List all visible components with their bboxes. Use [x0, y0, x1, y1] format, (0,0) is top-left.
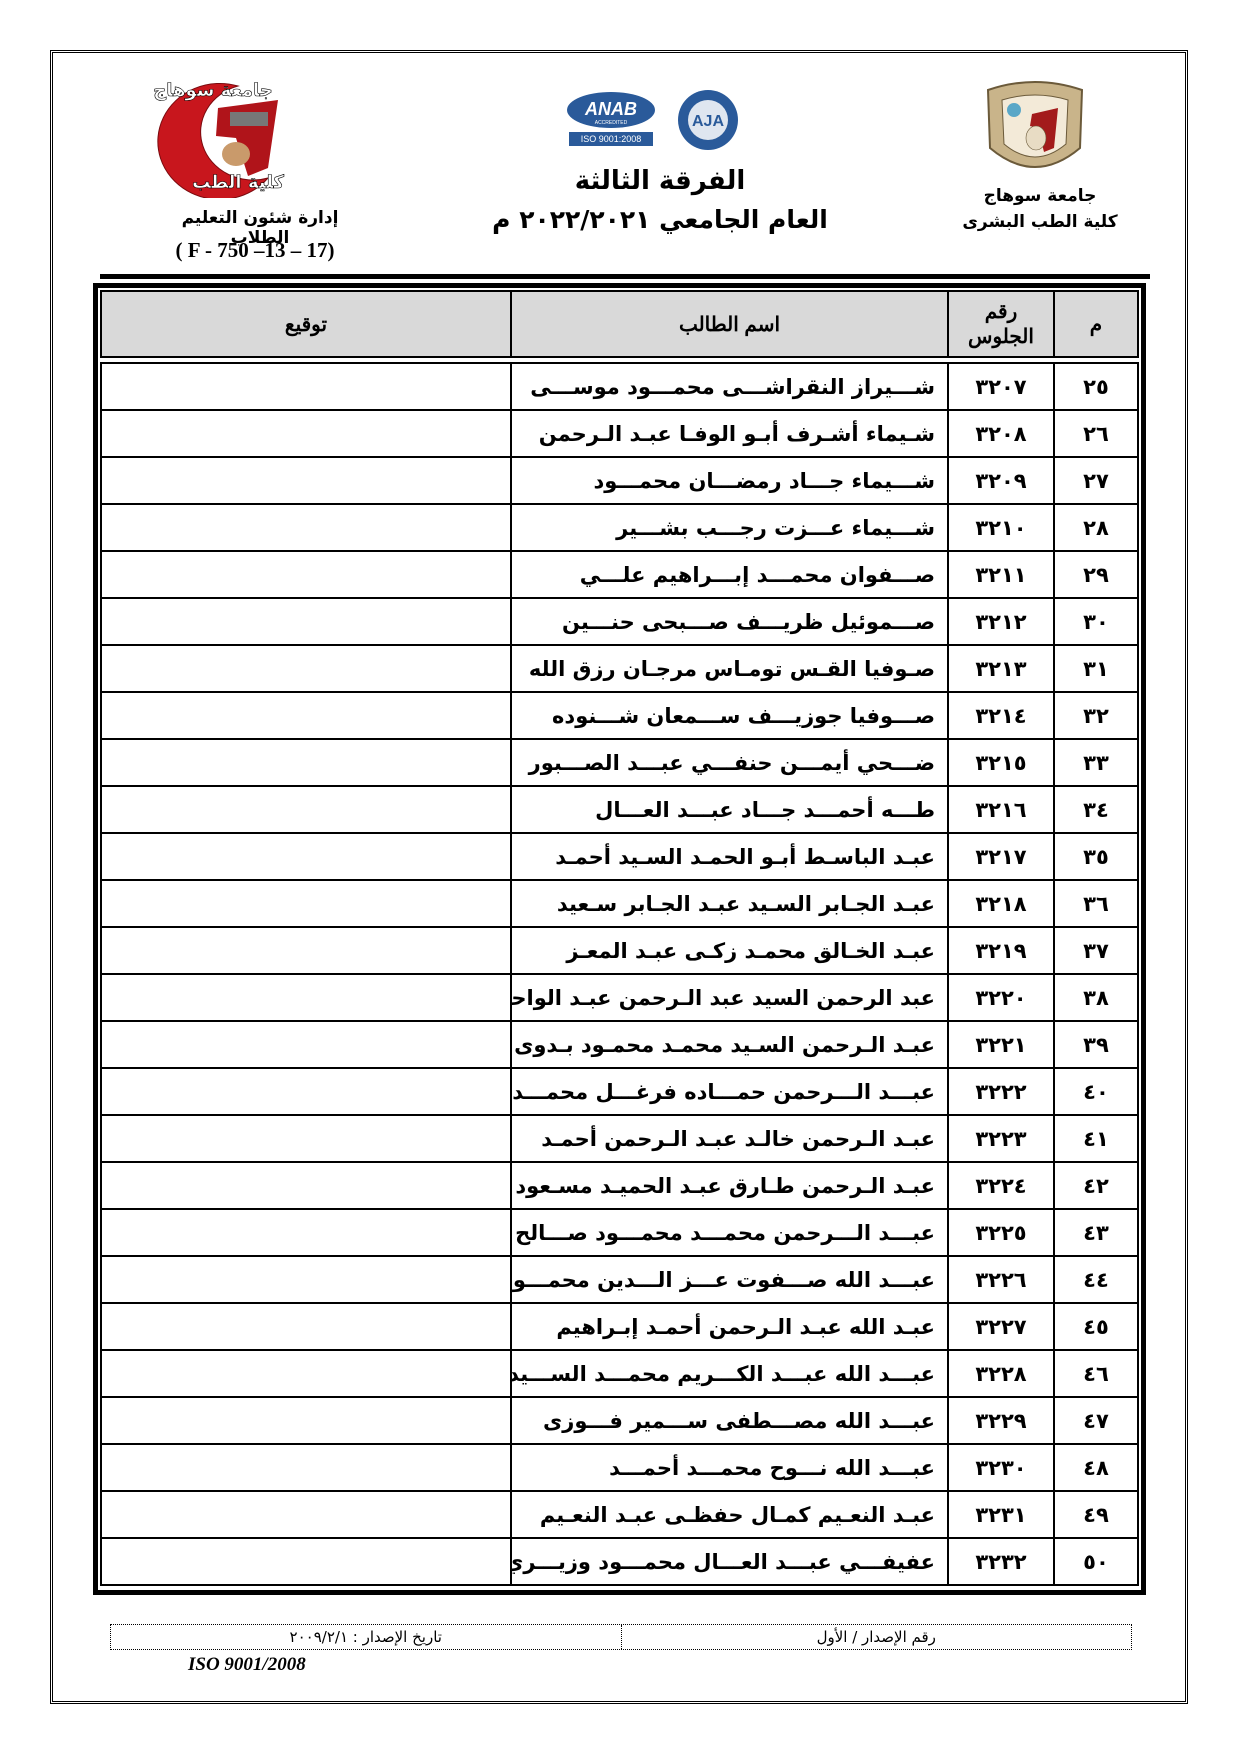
seat-number: ٣٢٣١: [948, 1491, 1054, 1538]
student-name: عبـد الـرحمن السـيد محمـد محمـود بـدوى: [511, 1021, 948, 1068]
issue-number: رقم الإصدار / الأول: [622, 1625, 1132, 1649]
seat-number: ٣٢١٠: [948, 504, 1054, 551]
seat-number: ٣٢١١: [948, 551, 1054, 598]
seat-number: ٣٢١٦: [948, 786, 1054, 833]
row-index: ٢٥: [1054, 363, 1138, 410]
row-index: ٣٥: [1054, 833, 1138, 880]
student-name: عبـد الله عبـد الـرحمن أحمـد إبـراهيم: [511, 1303, 948, 1350]
svg-text:ACCREDITED: ACCREDITED: [595, 120, 628, 126]
signature-cell[interactable]: [101, 692, 511, 739]
student-name: عبد الرحمن السيد عبد الـرحمن عبـد الواحـ…: [511, 974, 948, 1021]
student-name: عبـــد الله مصـــطفى ســـمير فـــوزى: [511, 1397, 948, 1444]
signature-cell[interactable]: [101, 1256, 511, 1303]
table-row: ٤٤ ٣٢٢٦ عبـــد الله صـــفوت عـــز الـــد…: [101, 1256, 1138, 1303]
signature-cell[interactable]: [101, 551, 511, 598]
signature-cell[interactable]: [101, 363, 511, 410]
table-row: ٣٥ ٣٢١٧ عبـد الباسـط أبـو الحمـد السـيد …: [101, 833, 1138, 880]
svg-text:ANAB: ANAB: [584, 99, 637, 119]
table-row: ٣٦ ٣٢١٨ عبـد الجـابر السـيد عبـد الجـابر…: [101, 880, 1138, 927]
seat-number: ٣٢٢١: [948, 1021, 1054, 1068]
table-row: ٣٨ ٣٢٢٠ عبد الرحمن السيد عبد الـرحمن عبـ…: [101, 974, 1138, 1021]
student-name: صـوفيا القـس تومـاس مرجـان رزق الله: [511, 645, 948, 692]
row-index: ٤٤: [1054, 1256, 1138, 1303]
signature-cell[interactable]: [101, 457, 511, 504]
seat-number: ٣٢٢٠: [948, 974, 1054, 1021]
students-table: م رقم الجلوس اسم الطالب توقيع ٢٥ ٣٢٠٧ شـ…: [93, 283, 1146, 1595]
signature-cell[interactable]: [101, 1350, 511, 1397]
signature-cell[interactable]: [101, 1397, 511, 1444]
table-row: ٢٥ ٣٢٠٧ شـــيراز النقراشـــى محمـــود مو…: [101, 363, 1138, 410]
seat-number: ٣٢١٤: [948, 692, 1054, 739]
signature-cell[interactable]: [101, 645, 511, 692]
student-name: عبـد الـرحمن خالـد عبـد الـرحمن أحمـد: [511, 1115, 948, 1162]
seat-number: ٣٢٣٠: [948, 1444, 1054, 1491]
table-row: ٣٢ ٣٢١٤ صـــوفيا جوزيـــف ســـمعان شـــن…: [101, 692, 1138, 739]
table-row: ٤٨ ٣٢٣٠ عبـــد الله نـــوح محمـــد أحمــ…: [101, 1444, 1138, 1491]
signature-cell[interactable]: [101, 1538, 511, 1585]
row-index: ٣٤: [1054, 786, 1138, 833]
signature-cell[interactable]: [101, 410, 511, 457]
seat-number: ٣٢٢٥: [948, 1209, 1054, 1256]
seat-number: ٣٢١٩: [948, 927, 1054, 974]
student-name: عبـد الباسـط أبـو الحمـد السـيد أحمـد: [511, 833, 948, 880]
table-row: ٤٧ ٣٢٢٩ عبـــد الله مصـــطفى ســـمير فــ…: [101, 1397, 1138, 1444]
table-row: ٤٩ ٣٢٣١ عبـد النعـيم كمـال حفظـى عبـد ال…: [101, 1491, 1138, 1538]
signature-cell[interactable]: [101, 1209, 511, 1256]
seat-number: ٣٢٢٢: [948, 1068, 1054, 1115]
row-index: ٢٨: [1054, 504, 1138, 551]
student-name: شـيماء أشـرف أبـو الوفـا عبـد الـرحمن: [511, 410, 948, 457]
row-index: ٤٥: [1054, 1303, 1138, 1350]
signature-cell[interactable]: [101, 598, 511, 645]
signature-cell[interactable]: [101, 1115, 511, 1162]
row-index: ٣٧: [1054, 927, 1138, 974]
student-name: شـــيماء جـــاد رمضـــان محمـــود: [511, 457, 948, 504]
seat-number: ٣٢٠٨: [948, 410, 1054, 457]
table-header-row: م رقم الجلوس اسم الطالب توقيع: [101, 291, 1138, 357]
row-index: ٣٠: [1054, 598, 1138, 645]
column-header-index: م: [1054, 291, 1138, 357]
seat-number: ٣٢٢٨: [948, 1350, 1054, 1397]
table-row: ٤٥ ٣٢٢٧ عبـد الله عبـد الـرحمن أحمـد إبـ…: [101, 1303, 1138, 1350]
row-index: ٣٣: [1054, 739, 1138, 786]
student-name: عبـد النعـيم كمـال حفظـى عبـد النعـيم: [511, 1491, 948, 1538]
table-row: ٤٠ ٣٢٢٢ عبـــد الـــرحمن حمـــاده فرغـــ…: [101, 1068, 1138, 1115]
student-name: عبـد الخـالق محمـد زكـى عبـد المعـز: [511, 927, 948, 974]
row-index: ٣١: [1054, 645, 1138, 692]
table-row: ٤٢ ٣٢٢٤ عبـد الـرحمن طـارق عبـد الحميـد …: [101, 1162, 1138, 1209]
student-name: عبـــد الله عبـــد الكـــريم محمـــد الس…: [511, 1350, 948, 1397]
signature-cell[interactable]: [101, 739, 511, 786]
table-row: ٢٧ ٣٢٠٩ شـــيماء جـــاد رمضـــان محمـــو…: [101, 457, 1138, 504]
signature-cell[interactable]: [101, 1021, 511, 1068]
row-index: ٢٧: [1054, 457, 1138, 504]
signature-cell[interactable]: [101, 974, 511, 1021]
table-row: ٣٣ ٣٢١٥ ضـــحي أيمـــن حنفـــي عبـــد ال…: [101, 739, 1138, 786]
seat-number: ٣٢٠٧: [948, 363, 1054, 410]
table-row: ٤٣ ٣٢٢٥ عبـــد الـــرحمن محمـــد محمـــو…: [101, 1209, 1138, 1256]
row-index: ٤٩: [1054, 1491, 1138, 1538]
sohag-university-crest: [980, 78, 1090, 183]
signature-cell[interactable]: [101, 1303, 511, 1350]
table-row: ٣١ ٣٢١٣ صـوفيا القـس تومـاس مرجـان رزق ا…: [101, 645, 1138, 692]
table-row: ٥٠ ٣٢٣٢ عفيفـــي عبـــد العـــال محمـــو…: [101, 1538, 1138, 1585]
seat-number: ٣٢١٥: [948, 739, 1054, 786]
table-row: ٣٩ ٣٢٢١ عبـد الـرحمن السـيد محمـد محمـود…: [101, 1021, 1138, 1068]
signature-cell[interactable]: [101, 833, 511, 880]
svg-text:ISO 9001:2008: ISO 9001:2008: [581, 134, 642, 144]
student-name: عفيفـــي عبـــد العـــال محمـــود وزيـــ…: [511, 1538, 948, 1585]
row-index: ٤٦: [1054, 1350, 1138, 1397]
student-name: عبـد الـرحمن طـارق عبـد الحميـد مسـعود: [511, 1162, 948, 1209]
row-index: ٣٩: [1054, 1021, 1138, 1068]
student-name: صـــوفيا جوزيـــف ســـمعان شـــنوده: [511, 692, 948, 739]
table-row: ٢٨ ٣٢١٠ شـــيماء عـــزت رجـــب بشـــير: [101, 504, 1138, 551]
table-row: ٢٩ ٣٢١١ صـــفوان محمـــد إبـــراهيم علــ…: [101, 551, 1138, 598]
seat-number: ٣٢١٧: [948, 833, 1054, 880]
accreditation-logos: ANAB ACCREDITED ISO 9001:2008 AJA: [565, 88, 755, 154]
student-name: ضـــحي أيمـــن حنفـــي عبـــد الصـــبور: [511, 739, 948, 786]
student-name: شـــيماء عـــزت رجـــب بشـــير: [511, 504, 948, 551]
row-index: ٤٠: [1054, 1068, 1138, 1115]
student-name: عبـــد الله صـــفوت عـــز الـــدين محمــ…: [511, 1256, 948, 1303]
student-name: عبـــد الله نـــوح محمـــد أحمـــد: [511, 1444, 948, 1491]
seat-number: ٣٢١٨: [948, 880, 1054, 927]
table-row: ٢٦ ٣٢٠٨ شـيماء أشـرف أبـو الوفـا عبـد ال…: [101, 410, 1138, 457]
column-header-student-name: اسم الطالب: [511, 291, 948, 357]
seat-number: ٣٢١٣: [948, 645, 1054, 692]
row-index: ٤٧: [1054, 1397, 1138, 1444]
form-code: ( F - 750 –13 – 17): [140, 238, 370, 263]
svg-text:جامعة سوهاج: جامعة سوهاج: [153, 80, 272, 101]
seat-number: ٣٢٢٩: [948, 1397, 1054, 1444]
header-divider: [100, 274, 1150, 279]
seat-number: ٣٢٠٩: [948, 457, 1054, 504]
student-name: عبـد الجـابر السـيد عبـد الجـابر سـعيد: [511, 880, 948, 927]
student-name: شـــيراز النقراشـــى محمـــود موســـى: [511, 363, 948, 410]
row-index: ٤٨: [1054, 1444, 1138, 1491]
issue-info-box: رقم الإصدار / الأول تاريخ الإصدار : ٢٠٠٩…: [110, 1624, 1132, 1650]
row-index: ٣٨: [1054, 974, 1138, 1021]
class-title: الفرقة الثالثة: [500, 166, 820, 196]
signature-cell[interactable]: [101, 1162, 511, 1209]
svg-text:كلية الطب: كلية الطب: [192, 172, 284, 193]
row-index: ٤٣: [1054, 1209, 1138, 1256]
signature-cell[interactable]: [101, 1491, 511, 1538]
signature-cell[interactable]: [101, 504, 511, 551]
student-name: صـــفوان محمـــد إبـــراهيم علـــي: [511, 551, 948, 598]
row-index: ٤١: [1054, 1115, 1138, 1162]
seat-number: ٣٢٢٤: [948, 1162, 1054, 1209]
seat-number: ٣٢٢٧: [948, 1303, 1054, 1350]
signature-cell[interactable]: [101, 880, 511, 927]
signature-cell[interactable]: [101, 786, 511, 833]
academic-year: العام الجامعي ٢٠٢٢/٢٠٢١ م: [470, 205, 850, 234]
row-index: ٥٠: [1054, 1538, 1138, 1585]
faculty-name: كلية الطب البشرى: [940, 212, 1140, 232]
student-name: صـــموئيل ظريـــف صـــبحى حنـــين: [511, 598, 948, 645]
table-row: ٤٦ ٣٢٢٨ عبـــد الله عبـــد الكـــريم محم…: [101, 1350, 1138, 1397]
row-index: ٣٢: [1054, 692, 1138, 739]
signature-cell[interactable]: [101, 927, 511, 974]
column-header-seat-number: رقم الجلوس: [948, 291, 1054, 357]
student-name: عبـــد الـــرحمن حمـــاده فرغـــل محمـــ…: [511, 1068, 948, 1115]
table-row: ٣٠ ٣٢١٢ صـــموئيل ظريـــف صـــبحى حنـــي…: [101, 598, 1138, 645]
faculty-of-medicine-logo: جامعة سوهاج كلية الطب: [118, 68, 308, 198]
student-name: عبـــد الـــرحمن محمـــد محمـــود صـــال…: [511, 1209, 948, 1256]
iso-footer-label: ISO 9001/2008: [188, 1654, 306, 1676]
issue-date: تاريخ الإصدار : ٢٠٠٩/٢/١: [111, 1625, 622, 1649]
row-index: ٢٩: [1054, 551, 1138, 598]
university-name: جامعة سوهاج: [940, 186, 1140, 206]
signature-cell[interactable]: [101, 1444, 511, 1491]
row-index: ٣٦: [1054, 880, 1138, 927]
table-row: ٤١ ٣٢٢٣ عبـد الـرحمن خالـد عبـد الـرحمن …: [101, 1115, 1138, 1162]
seat-number: ٣٢١٢: [948, 598, 1054, 645]
table-row: ٣٧ ٣٢١٩ عبـد الخـالق محمـد زكـى عبـد الم…: [101, 927, 1138, 974]
signature-cell[interactable]: [101, 1068, 511, 1115]
column-header-signature: توقيع: [101, 291, 511, 357]
seat-number: ٣٢٢٣: [948, 1115, 1054, 1162]
table-row: ٣٤ ٣٢١٦ طـــه أحمـــد جـــاد عبـــد العـ…: [101, 786, 1138, 833]
row-index: ٤٢: [1054, 1162, 1138, 1209]
seat-number: ٣٢٢٦: [948, 1256, 1054, 1303]
row-index: ٢٦: [1054, 410, 1138, 457]
svg-text:AJA: AJA: [692, 113, 724, 130]
student-name: طـــه أحمـــد جـــاد عبـــد العـــال: [511, 786, 948, 833]
seat-number: ٣٢٣٢: [948, 1538, 1054, 1585]
